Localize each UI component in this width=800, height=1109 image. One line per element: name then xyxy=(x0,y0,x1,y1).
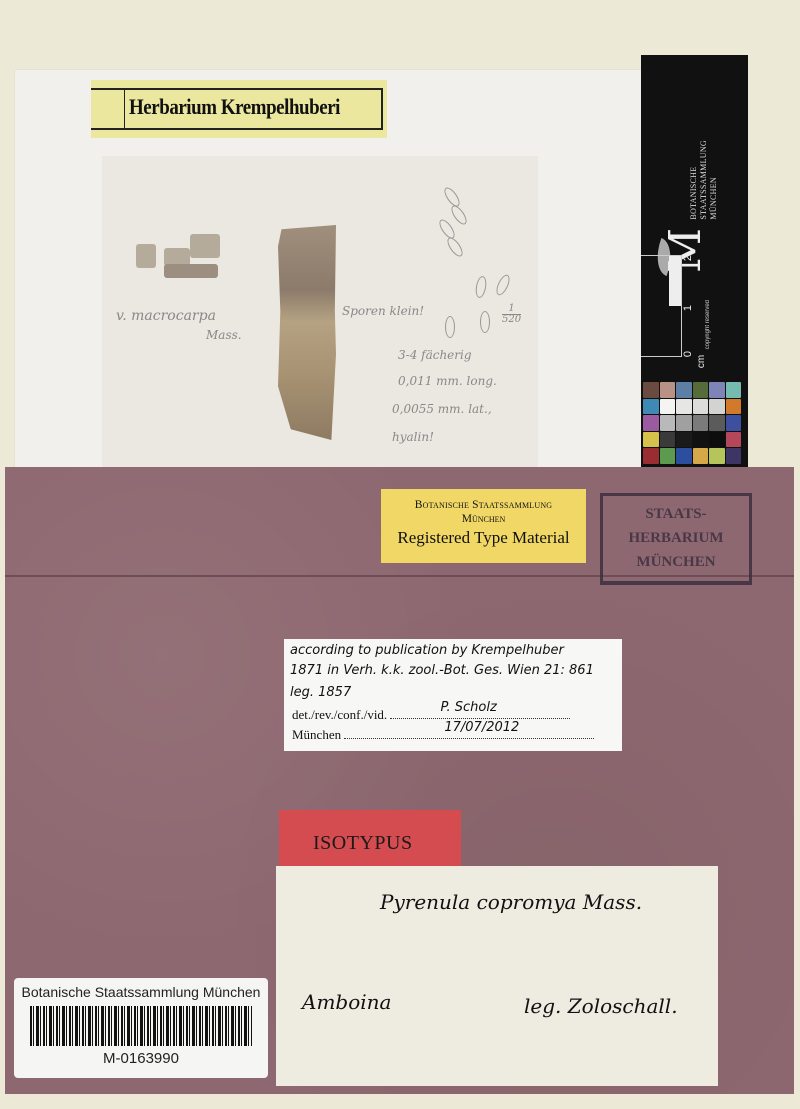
determination-date: 17/07/2012 xyxy=(444,720,519,735)
annotation-spores: Sporen klein! xyxy=(342,304,424,318)
color-swatch xyxy=(643,382,659,398)
note-width: 0,0055 mm. lat., xyxy=(392,402,492,416)
specimen-fragment xyxy=(136,244,156,268)
color-swatch xyxy=(726,448,742,464)
magnification-fraction: 1 520 xyxy=(502,304,521,325)
spore-drawing xyxy=(449,203,470,227)
cm-scale-bar: 2 1 0 cm xyxy=(641,255,682,357)
bark-specimen xyxy=(278,225,336,440)
fraction-denominator: 520 xyxy=(502,314,521,325)
spore-drawing xyxy=(437,217,458,241)
catalog-number: M-0163990 xyxy=(14,1050,268,1067)
note-hyaline: hyalin! xyxy=(392,430,434,444)
color-swatch xyxy=(643,399,659,415)
color-swatch xyxy=(660,448,676,464)
staatsherbarium-stamp: STAATS- HERBARIUM MÜNCHEN xyxy=(600,493,752,585)
type-status-text: ISOTYPUS xyxy=(313,832,413,855)
determiner-prefix: det./rev./conf./vid. xyxy=(292,707,387,722)
registered-label-institution: Botanische Staatssammlung xyxy=(381,499,586,511)
publication-note-line1: according to publication by Krempelhuber xyxy=(290,643,564,658)
specimen-fragment xyxy=(190,234,220,258)
stamp-line: HERBARIUM xyxy=(603,524,749,548)
color-checker-chart xyxy=(643,382,741,464)
ruler-institution-line: STAATSSAMMLUNG xyxy=(699,140,709,220)
color-swatch xyxy=(709,432,725,448)
original-collection-label: Pyrenula copromya Mass. Amboina leg. Zol… xyxy=(276,866,718,1086)
determiner-name: P. Scholz xyxy=(440,700,496,715)
color-scale-ruler: BOTANISCHE STAATSSAMMLUNG MÜNCHEN M copy… xyxy=(641,55,748,469)
color-swatch xyxy=(660,399,676,415)
color-swatch xyxy=(726,399,742,415)
color-swatch xyxy=(643,415,659,431)
color-swatch xyxy=(726,432,742,448)
color-swatch xyxy=(676,432,692,448)
color-swatch xyxy=(693,415,709,431)
stamp-line: MÜNCHEN xyxy=(603,548,749,572)
barcode-institution: Botanische Staatssammlung München xyxy=(14,984,268,1000)
color-swatch xyxy=(693,399,709,415)
copyright-text: copyright reserved xyxy=(705,300,711,349)
collection-year: leg. 1857 xyxy=(290,685,351,700)
barcode-label: Botanische Staatssammlung München M-0163… xyxy=(14,978,268,1078)
spore-drawing xyxy=(474,275,488,298)
stamp-line: STAATS- xyxy=(603,500,749,524)
fraction-numerator: 1 xyxy=(502,304,521,314)
scale-tick-label: 0 xyxy=(682,351,694,357)
registered-label-city: München xyxy=(381,513,586,525)
date-place-prefix: München xyxy=(292,727,341,742)
header-label-divider xyxy=(124,88,125,130)
color-swatch xyxy=(693,382,709,398)
color-swatch xyxy=(709,415,725,431)
herbarium-header-label: Herbarium Krempelhuberi xyxy=(91,80,387,138)
determiner-dotted-line: P. Scholz xyxy=(390,708,570,719)
barcode xyxy=(30,1006,252,1046)
note-septate: 3-4 fächerig xyxy=(398,348,472,362)
ruler-institution-line: BOTANISCHE xyxy=(689,140,699,220)
specimen-fragment xyxy=(164,264,218,278)
color-swatch xyxy=(709,382,725,398)
taxon-name: Pyrenula copromya Mass. xyxy=(380,890,642,914)
color-swatch xyxy=(676,399,692,415)
color-swatch xyxy=(676,382,692,398)
color-swatch xyxy=(660,382,676,398)
color-swatch xyxy=(676,448,692,464)
annotation-variety-author: Mass. xyxy=(206,328,242,342)
publication-note-line2: 1871 in Verh. k.k. zool.-Bot. Ges. Wien … xyxy=(290,663,594,678)
locality: Amboina xyxy=(302,990,391,1014)
color-swatch xyxy=(726,415,742,431)
date-dotted-line: 17/07/2012 xyxy=(344,728,594,739)
note-length: 0,011 mm. long. xyxy=(398,374,497,388)
scale-unit-label: cm xyxy=(696,355,707,368)
scale-tick-label: 1 xyxy=(682,305,694,311)
spore-drawing xyxy=(494,273,512,297)
color-swatch xyxy=(726,382,742,398)
color-swatch xyxy=(709,399,725,415)
color-swatch xyxy=(643,432,659,448)
scale-tick-label: 2 xyxy=(682,255,694,261)
isotypus-label: ISOTYPUS xyxy=(279,810,461,870)
determination-label: according to publication by Krempelhuber… xyxy=(284,639,622,751)
ruler-institution: BOTANISCHE STAATSSAMMLUNG MÜNCHEN xyxy=(689,140,719,220)
registered-label-title: Registered Type Material xyxy=(381,528,586,548)
color-swatch xyxy=(643,448,659,464)
registered-type-label: Botanische Staatssammlung München Regist… xyxy=(381,489,586,563)
spore-drawing xyxy=(480,311,490,333)
color-swatch xyxy=(693,432,709,448)
color-swatch xyxy=(676,415,692,431)
color-swatch xyxy=(660,432,676,448)
header-label-text: Herbarium Krempelhuberi xyxy=(129,94,340,120)
spore-drawing xyxy=(445,235,466,259)
date-row: München 17/07/2012 xyxy=(292,727,594,743)
ruler-institution-line: MÜNCHEN xyxy=(709,140,719,220)
annotation-variety: v. macrocarpa xyxy=(116,308,216,324)
determiner-row: det./rev./conf./vid. P. Scholz xyxy=(292,707,570,723)
spore-drawing xyxy=(445,316,455,338)
collector: leg. Zoloschall. xyxy=(524,994,678,1018)
color-swatch xyxy=(660,415,676,431)
color-swatch xyxy=(693,448,709,464)
color-swatch xyxy=(709,448,725,464)
scale-white-segment xyxy=(669,256,681,306)
